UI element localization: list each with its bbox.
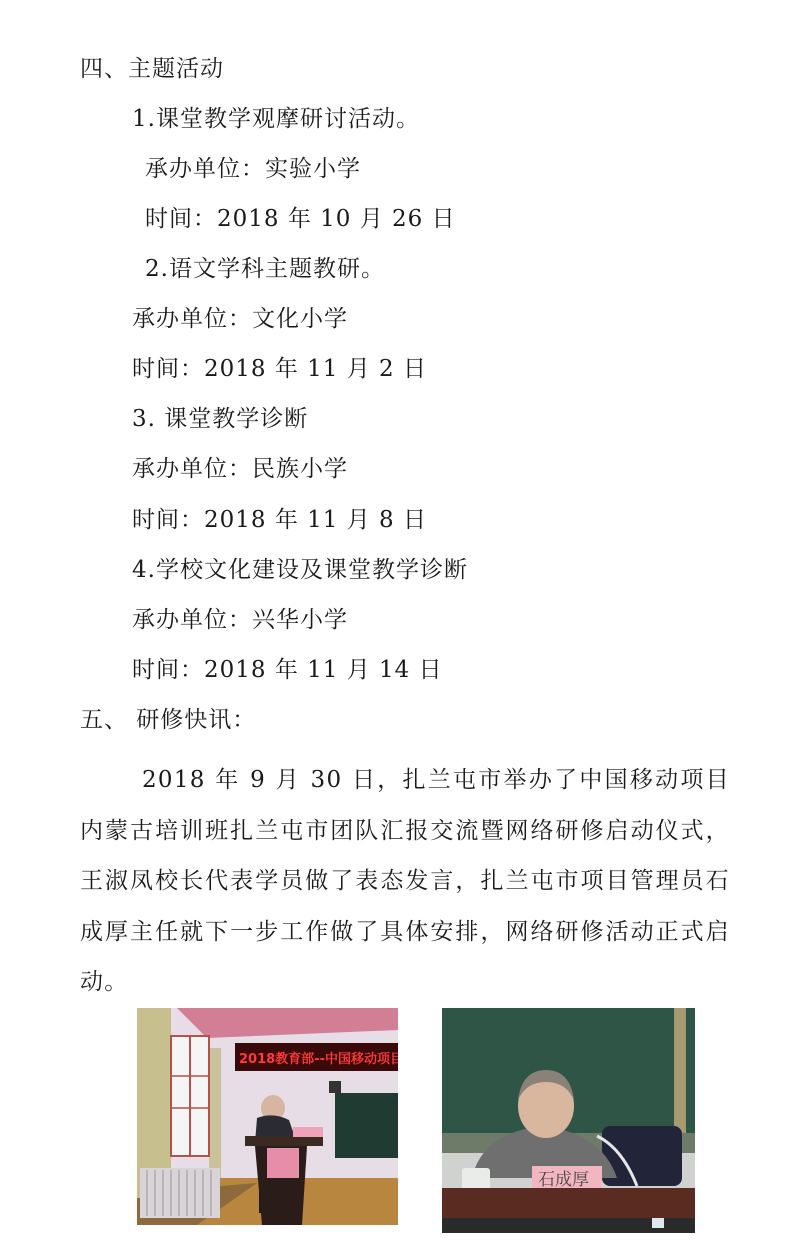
activity-2-host: 承办单位：文化小学 <box>132 304 348 334</box>
photo-speaker-at-podium: 2018教育部--中国移动项目内蒙 <box>137 1008 398 1225</box>
section-five-heading: 五、 研修快讯： <box>80 705 256 735</box>
activity-4-host: 承办单位：兴华小学 <box>132 605 348 635</box>
activity-2-title: 2.语文学科主题教研。 <box>145 254 385 284</box>
banner-text: 2018教育部--中国移动项目内蒙 <box>239 1051 398 1067</box>
nameplate-text: 石成厚 <box>538 1170 589 1190</box>
activity-2-time: 时间：2018 年 11 月 2 日 <box>132 354 427 384</box>
activity-1-host: 承办单位：实验小学 <box>145 154 361 184</box>
activity-1-time: 时间：2018 年 10 月 26 日 <box>145 204 456 234</box>
section-four-heading: 四、主题活动 <box>80 54 224 84</box>
activity-1-title: 1.课堂教学观摩研讨活动。 <box>132 104 420 134</box>
activity-3-host: 承办单位：民族小学 <box>132 454 348 484</box>
photo-man-at-desk: 石成厚 <box>442 1008 695 1233</box>
activity-3-title: 3. 课堂教学诊断 <box>132 404 308 434</box>
news-paragraph: 2018 年 9 月 30 日，扎兰屯市举办了中国移动项目内蒙古培训班扎兰屯市团… <box>80 755 730 1008</box>
activity-3-time: 时间：2018 年 11 月 8 日 <box>132 505 427 535</box>
news-paragraph-text: 2018 年 9 月 30 日，扎兰屯市举办了中国移动项目内蒙古培训班扎兰屯市团… <box>80 767 730 995</box>
meeting-photo-illustration: 石成厚 <box>442 1008 695 1233</box>
activity-4-title: 4.学校文化建设及课堂教学诊断 <box>132 555 468 585</box>
classroom-photo-illustration: 2018教育部--中国移动项目内蒙 <box>137 1008 398 1225</box>
activity-4-time: 时间：2018 年 11 月 14 日 <box>132 655 443 685</box>
